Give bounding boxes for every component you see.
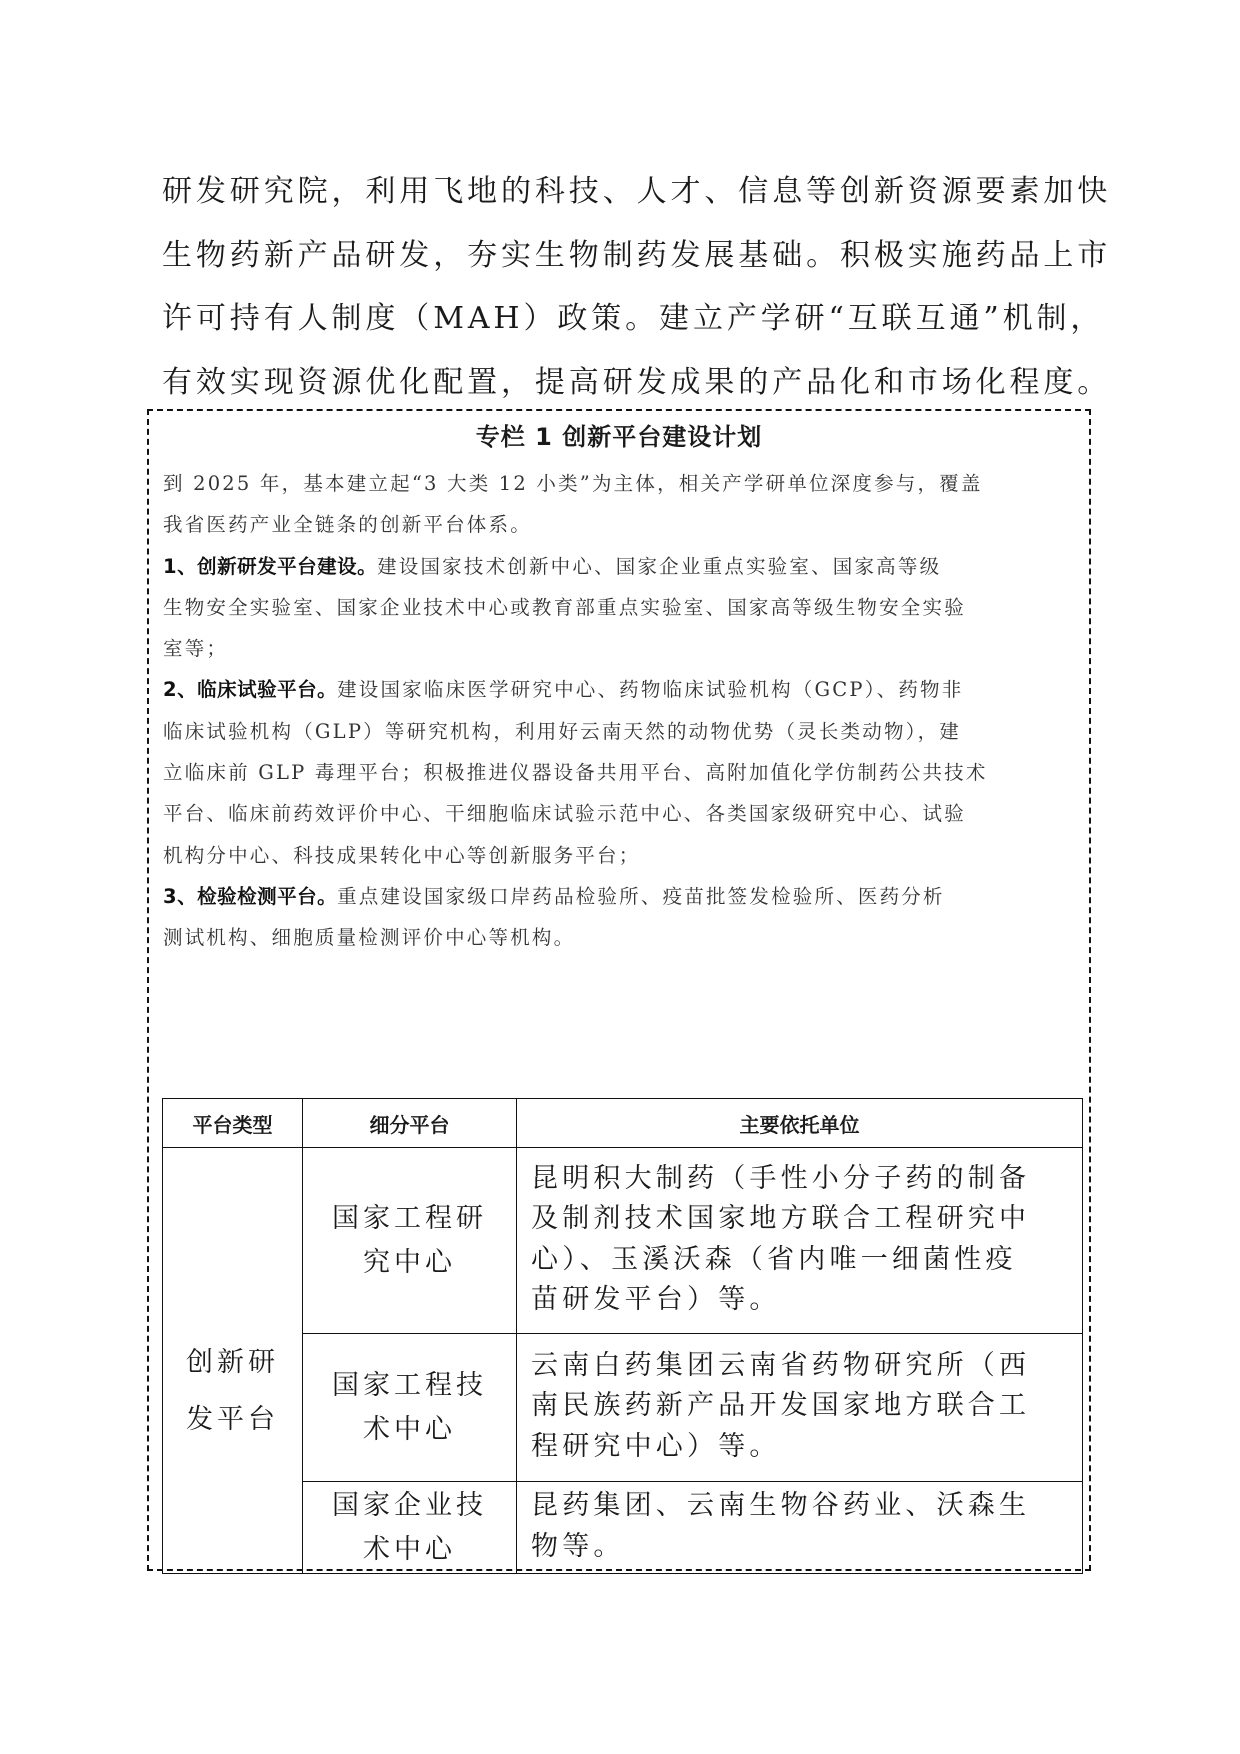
column-box-title: 专栏 1 创新平台建设计划 [149, 417, 1089, 457]
cell-sub-platform: 国家企业技 术中心 [303, 1482, 517, 1574]
section-3-line: 测试机构、细胞质量检测评价中心等机构。 [163, 917, 1083, 958]
section-2-heading: 2、临床试验平台。 [163, 678, 337, 701]
column-box-innovation-platform: 专栏 1 创新平台建设计划 到 2025 年，基本建立起“3 大类 12 小类”… [147, 409, 1091, 1571]
column-box-body: 到 2025 年，基本建立起“3 大类 12 小类”为主体，相关产学研单位深度参… [163, 463, 1083, 959]
platform-table: 平台类型 细分平台 主要依托单位 创新研 发平台 国家工程研 究中心 昆明积大制… [162, 1098, 1083, 1574]
section-2-line: 立临床前 GLP 毒理平台；积极推进仪器设备共用平台、高附加值化学仿制药公共技术 [163, 752, 1083, 793]
table-row: 创新研 发平台 国家工程研 究中心 昆明积大制药（手性小分子药的制备 及制剂技术… [163, 1148, 1083, 1334]
intro-line: 到 2025 年，基本建立起“3 大类 12 小类”为主体，相关产学研单位深度参… [163, 463, 1083, 504]
header-platform-type: 平台类型 [163, 1099, 303, 1148]
section-1-line: 生物安全实验室、国家企业技术中心或教育部重点实验室、国家高等级生物安全实验 [163, 587, 1083, 628]
section-2-line: 机构分中心、科技成果转化中心等创新服务平台； [163, 835, 1083, 876]
header-main-units: 主要依托单位 [517, 1099, 1083, 1148]
paragraph-line: 许可持有人制度（MAH）政策。建立产学研“互联互通”机制， [162, 287, 1082, 351]
section-2-line: 临床试验机构（GLP）等研究机构，利用好云南天然的动物优势（灵长类动物），建 [163, 711, 1083, 752]
section-3-heading: 3、检验检测平台。 [163, 885, 337, 908]
cell-platform-type: 创新研 发平台 [163, 1148, 303, 1574]
section-2-line: 2、临床试验平台。建设国家临床医学研究中心、药物临床试验机构（GCP）、药物非 [163, 669, 1083, 710]
table-header-row: 平台类型 细分平台 主要依托单位 [163, 1099, 1083, 1148]
paragraph-line: 研发研究院，利用飞地的科技、人才、信息等创新资源要素加快 [162, 160, 1082, 224]
cell-main-units: 昆药集团、云南生物谷药业、沃森生 物等。 [517, 1482, 1083, 1574]
section-1-heading: 1、创新研发平台建设。 [163, 555, 377, 578]
cell-sub-platform: 国家工程技 术中心 [303, 1334, 517, 1482]
paragraph-line: 生物药新产品研发，夯实生物制药发展基础。积极实施药品上市 [162, 224, 1082, 288]
cell-main-units: 昆明积大制药（手性小分子药的制备 及制剂技术国家地方联合工程研究中 心）、玉溪沃… [517, 1148, 1083, 1334]
header-sub-platform: 细分平台 [303, 1099, 517, 1148]
body-paragraph: 研发研究院，利用飞地的科技、人才、信息等创新资源要素加快 生物药新产品研发，夯实… [162, 160, 1082, 414]
section-1-line: 室等； [163, 628, 1083, 669]
cell-sub-platform: 国家工程研 究中心 [303, 1148, 517, 1334]
cell-main-units: 云南白药集团云南省药物研究所（西 南民族药新产品开发国家地方联合工 程研究中心）… [517, 1334, 1083, 1482]
section-2-line: 平台、临床前药效评价中心、干细胞临床试验示范中心、各类国家级研究中心、试验 [163, 793, 1083, 834]
section-1-line: 1、创新研发平台建设。建设国家技术创新中心、国家企业重点实验室、国家高等级 [163, 546, 1083, 587]
paragraph-line: 有效实现资源优化配置，提高研发成果的产品化和市场化程度。 [162, 351, 1082, 415]
section-3-line: 3、检验检测平台。重点建设国家级口岸药品检验所、疫苗批签发检验所、医药分析 [163, 876, 1083, 917]
intro-line: 我省医药产业全链条的创新平台体系。 [163, 504, 1083, 545]
